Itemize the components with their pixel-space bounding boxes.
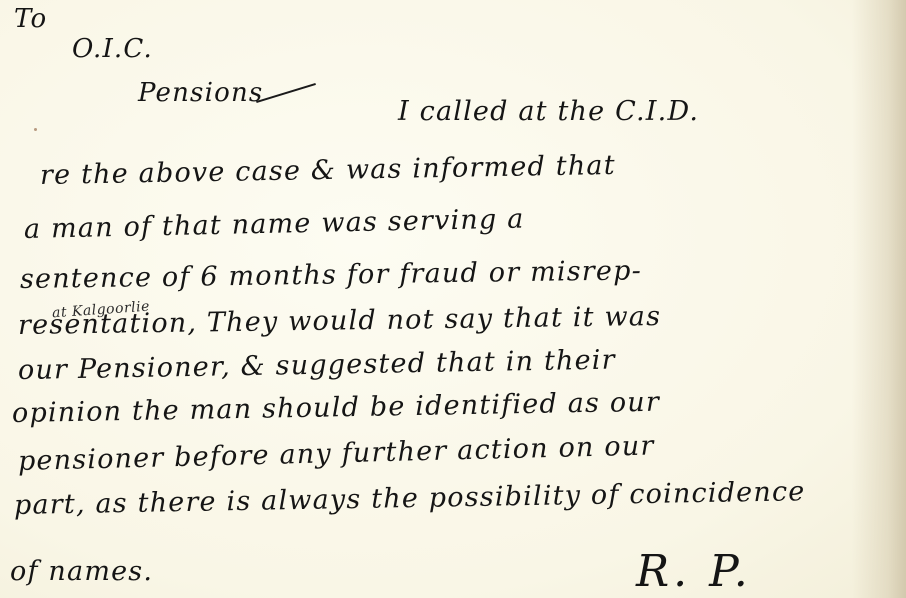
salutation: To (14, 4, 47, 34)
paper-speck (34, 128, 37, 131)
addressee: O.I.C. (72, 34, 153, 64)
body-line-10: of names. (10, 556, 153, 587)
body-line-1: I called at the C.I.D. (398, 96, 699, 127)
department: Pensions (138, 78, 263, 108)
signature: R. P. (636, 546, 752, 597)
